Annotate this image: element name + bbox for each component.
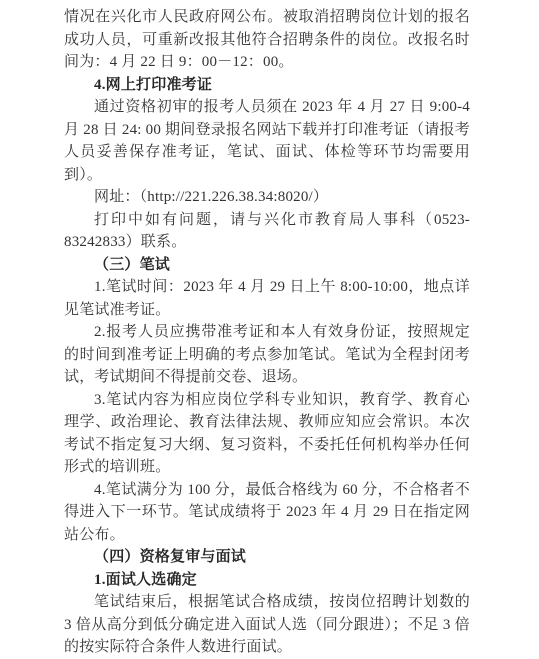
paragraph-written-test-time: 1.笔试时间：2023 年 4 月 29 日上午 8:00-10:00，地点详见… bbox=[64, 276, 470, 321]
paragraph-written-test-rules: 2.报考人员应携带准考证和本人有效身份证，按照规定的时间到准考证上明确的考点参加… bbox=[64, 321, 470, 389]
heading-print-admission-ticket: 4.网上打印准考证 bbox=[64, 74, 470, 97]
heading-qualification-review-interview: （四）资格复审与面试 bbox=[64, 546, 470, 569]
paragraph-interview-selection: 笔试结束后，根据笔试合格成绩，按岗位招聘计划数的 3 倍从高分到低分确定进入面试… bbox=[64, 591, 470, 621]
paragraph-cancelled-post-rereport: 情况在兴化市人民政府网公布。被取消招聘岗位计划的报名成功人员，可重新改报其他符合… bbox=[64, 6, 470, 74]
document-page: 情况在兴化市人民政府网公布。被取消招聘岗位计划的报名成功人员，可重新改报其他符合… bbox=[64, 6, 470, 621]
heading-written-test: （三）笔试 bbox=[64, 254, 470, 277]
paragraph-contact-phone: 打印中如有问题，请与兴化市教育局人事科（0523-83242833）联系。 bbox=[64, 209, 470, 254]
paragraph-written-test-score: 4.笔试满分为 100 分，最低合格线为 60 分，不合格者不得进入下一环节。笔… bbox=[64, 479, 470, 547]
paragraph-written-test-content: 3.笔试内容为相应岗位学科专业知识，教育学、教育心理学、政治理论、教育法律法规、… bbox=[64, 389, 470, 479]
paragraph-print-ticket-period: 通过资格初审的报考人员须在 2023 年 4 月 27 日 9:00-4 月 2… bbox=[64, 96, 470, 186]
paragraph-website-url: 网址：（http://221.226.38.34:8020/） bbox=[64, 186, 470, 209]
heading-interview-candidates: 1.面试人选确定 bbox=[64, 569, 470, 592]
